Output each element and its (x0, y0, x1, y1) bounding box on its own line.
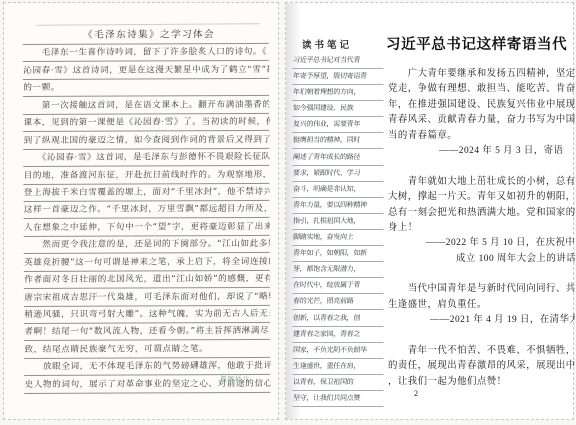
handwritten-line: 登上海拔千米白雪覆盖的塬上，面对“千里冰封”，他不禁诗兴大发，写下 (23, 184, 270, 203)
handwritten-line: 《沁园春·雪》这首词，是毛泽东与彭德怀不畏艰险长征队伍到达 (23, 149, 270, 168)
watermark: 摄图样片 (220, 374, 250, 383)
printed-line: 的责任，展现出青春激昂的风采，展现出中华民 (388, 359, 575, 374)
printed-line: 青年就如大地上茁壮成长的小树，总有一 (388, 175, 575, 190)
margin-note-line: 奋斗，明确是非认知， (292, 182, 384, 198)
margin-header: 读书笔记 (302, 37, 352, 51)
handwritten-line: 第一次接触这首词，是在语文课本上。翻开布满油墨香的 (23, 97, 270, 116)
handwritten-line: 致，结尾点睛民族豪气无穷，可谓点睛之笔。 (24, 341, 271, 360)
handwritten-line: 到了纵观北国的豪迈之情，如今查阅到作词的背景后又得到了不一样。 (23, 132, 270, 151)
handwritten-line: 作者面对冬日壮丽的北国风光，道出“江山如娇”的感慨，更有秦皇汉武 (24, 271, 271, 290)
margin-note-line: 春的光芒，照亮前路 (292, 294, 384, 310)
printed-line: 生逢盛世，肩负重任。 (388, 298, 575, 313)
margin-note-line: 坚守，让我们共同点赞 (292, 391, 384, 407)
margin-note-line: 年寄予厚望，殷切寄语青 (292, 69, 384, 85)
handwritten-line: 人在想象之中延伸，下句中一个“望”字，更将豪迈彰显了出来。 (24, 219, 271, 238)
margin-note-line: 国家，不负光阴不负韶华 (292, 343, 384, 359)
handwritten-line: 这样一首豪迈之作。“千里冰封，万里雪飘”都远超目力所及，因此这是诗 (24, 201, 271, 220)
document-scan-preview: 《毛泽东诗集》之学习体会 毛泽东一生喜作诗吟词，留下了许多脍炙人口的诗句。《沁园… (0, 0, 576, 425)
printed-line: 青年一代不怕苦、不畏难、不惧牺牲，用臂 (388, 344, 575, 359)
margin-note-line: 芽，都饱含无限潜力， (292, 262, 384, 278)
printed-line: 当代中国青年是与新时代同向同行、共同前 (388, 282, 575, 297)
scan-artifact-line (36, 23, 260, 26)
margin-note-line: 创新，以青春之我，创 (292, 311, 384, 327)
left-page: 《毛泽东诗集》之学习体会 毛泽东一生喜作诗吟词，留下了许多脍炙人口的诗句。《沁园… (3, 2, 279, 420)
handwritten-line: 沁园春·雪》这首诗词，更是在这漫天繁星中成为了鹤立“雪”群 (23, 62, 270, 81)
page-number: 2 (404, 388, 428, 398)
handwritten-title: 《毛泽东诗集》之学习体会 (23, 27, 270, 46)
printed-line: ——2024 年 5 月 3 日，寄语 (388, 144, 575, 159)
margin-note-line: 要求，紧跟时代、学习 (292, 166, 384, 182)
printed-line: 身上！ (388, 221, 575, 236)
margin-notes: 习近平总书记对当代青年寄予厚望，殷切寄语青年们朝着理想的方向，如今强国建设、民族… (293, 53, 384, 407)
body-gap (388, 329, 575, 344)
printed-line: 党走，争做有理想、敢担当、能吃苦、肯奋斗 (388, 82, 575, 97)
printed-line: ——2022 年 5 月 10 日，在庆祝中国共产 (388, 236, 575, 251)
margin-note-line: 在时代中，绽放属于青 (292, 278, 384, 294)
handwritten-line: 英雄竞折腰”这一句可谓是神来之笔，承上启下，将全词连接的天衣无缝。 (24, 254, 271, 273)
handwritten-line: 的一颗。 (23, 79, 270, 98)
printed-line: 大树，撑起一片天。青年又如初升的朝阳，不断 (388, 190, 575, 205)
printed-line: 总有一刻会把光和热洒满大地。党和国家的希望 (388, 206, 575, 221)
margin-note-line: 年们朝着理想的方向， (292, 85, 384, 101)
margin-note-line: 指引，扎根祖国大地， (292, 214, 384, 230)
body-gap (388, 159, 575, 174)
handwritten-line: 稍逊风骚，只识弯弓射大雕”。这种气魄，实为前无古人后无来 (24, 306, 271, 325)
margin-note-line: 复兴的伟业，需要青年 (292, 117, 384, 133)
margin-note-line: 以青春，保卫祖国的 (292, 375, 384, 391)
margin-note-line: 脚踏实地，奋发向上 (292, 230, 384, 246)
right-page: 读书笔记 习近平总书记这样寄语当代 习近平总书记对当代青年寄予厚望，殷切寄语青年… (285, 2, 574, 420)
margin-note-line: 青年力量，要以四种精神 (292, 198, 384, 214)
article-title: 习近平总书记这样寄语当代 (386, 33, 575, 54)
handwritten-line: 课本，见到的第一课便是《沁园春·雪》了。当初读的时候，便感觉 (23, 114, 270, 133)
handwritten-line: 唐宗宋祖成吉思汗一代枭雄，可毛泽东面对他们，却说了“略输文采， (24, 288, 271, 307)
margin-note-line: 青年如子，如朝阳，如新 (292, 246, 384, 262)
handwritten-line: 者啊！结尾一句“数风流人物，还看今朝。”将主旨挥洒淋漓尽 (24, 323, 271, 342)
margin-note-line: 建青春之家园，青春之 (292, 327, 384, 343)
margin-note-line: 生逢盛世，重任在肩， (292, 359, 384, 375)
margin-note-line: 如今强国建设、民族 (292, 101, 384, 117)
handwritten-lines: 《毛泽东诗集》之学习体会 毛泽东一生喜作诗吟词，留下了许多脍炙人口的诗句。《沁园… (23, 27, 271, 394)
margin-note-line: 挺膺担当的精神，同时 (292, 133, 384, 149)
body-gap (388, 267, 575, 282)
margin-note-line: 习近平总书记对当代青 (292, 53, 384, 69)
printed-line: 青春风采、贡献青春力量，奋力书写为中国式 (388, 113, 575, 128)
handwritten-line: 毛泽东一生喜作诗吟词，留下了许多脍炙人口的诗句。《 (23, 44, 270, 63)
printed-line: 广大青年要继承和发扬五四精神，坚定不 (388, 67, 575, 82)
printed-line: ——2021 年 4 月 19 日，在清华大学考 (388, 313, 575, 328)
handwritten-line: 然而更令我注意的是，还是词的下阕部分。“江山如此多娇，引无数 (24, 236, 271, 255)
printed-line: 年，在推进强国建设、民族复兴伟业中展现青 (388, 98, 575, 113)
margin-note-line: 阐述了青年成长的路径 (292, 150, 384, 166)
printed-line: 成立 100 周年大会上的讲话 (388, 252, 575, 267)
body-lines: 广大青年要继承和发扬五四精神，坚定不党走，争做有理想、敢担当、能吃苦、肯奋斗年，… (388, 67, 575, 390)
handwritten-line: 目的地，准备渡河东征，开赴抗日前线时作的。为观察地形，毛泽东 (23, 166, 270, 185)
printed-line: 当的青春篇章。 (388, 129, 575, 144)
